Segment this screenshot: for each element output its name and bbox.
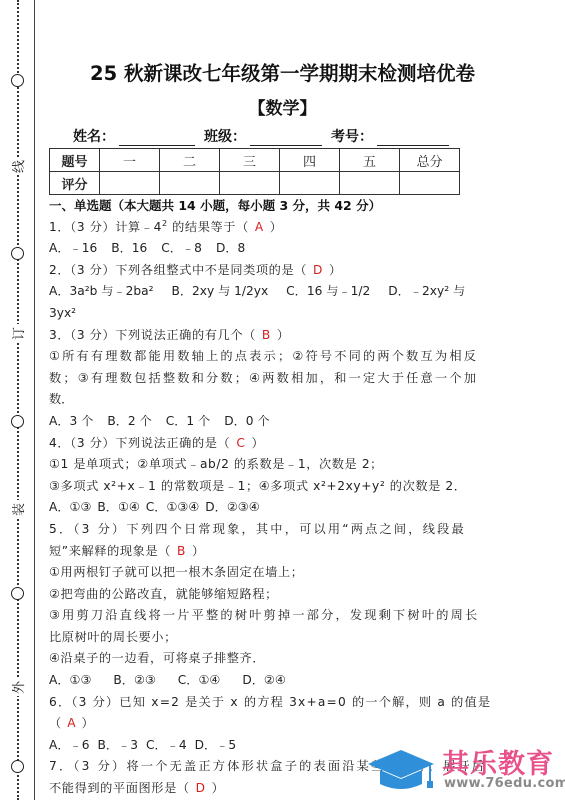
question-5-body-line: ③用剪刀沿直线将一片平整的树叶剪掉一部分，发现剩下树叶的周长 [49,605,517,627]
option-a: A．3 个 [49,411,93,433]
question-3-body-line: ①所有有理数都能用数轴上的点表示；②符号不同的两个数互为相反 [49,346,517,368]
option-d: D．0 个 [224,411,269,433]
question-2-options: A．3a²b 与﹣2ba²B．2xy 与 1/2yxC．16 与﹣1/2D．﹣2… [49,281,517,303]
option-b: B．16 [111,238,147,260]
option-a: A．﹣6 [49,735,89,757]
question-6-stem: 6．（3 分）已知 x=2 是关于 x 的方程 3x+a=0 的一个解，则 a … [49,692,517,714]
option-b: B．②③ [113,670,155,692]
class-label: 班级： [204,126,246,146]
question-4-stem: 4．（3 分）下列说法正确的是（C） [49,433,517,455]
column-header: 一 [100,149,160,172]
question-3-body-line: 数． [49,389,517,411]
option-c: C．16 与﹣1/2 [286,281,370,303]
class-field: 班级： [204,126,331,146]
column-header: 总分 [400,149,460,172]
score-cell[interactable] [340,172,400,195]
column-header: 二 [160,149,220,172]
score-cell[interactable] [400,172,460,195]
option-c: C．﹣8 [161,238,202,260]
answer-mark: B [262,328,271,342]
question-3-stem: 3．（3 分）下列说法正确的有几个（B） [49,325,517,347]
option-d: D．②③④ [205,497,259,519]
name-label: 姓名： [73,126,115,146]
option-a: A．﹣16 [49,238,97,260]
option-c: C．①③④ [146,497,199,519]
question-4-body-line: ①1 是单项式；②单项式﹣ab/2 的系数是﹣1，次数是 2； [49,454,517,476]
answer-mark: D [196,781,206,795]
option-d: D．②④ [242,670,285,692]
option-c: C．1 个 [166,411,211,433]
score-cell[interactable] [220,172,280,195]
column-header: 四 [280,149,340,172]
answer-mark: C [236,436,245,450]
option-a: A．①③ [49,670,91,692]
question-2-stem: 2．（3 分）下列各组整式中不是同类项的是（D） [49,260,517,282]
name-field: 姓名： [73,126,204,146]
answer-mark: B [177,544,186,558]
option-b: B．﹣3 [97,735,138,757]
score-table-header-row: 题号 一 二 三 四 五 总分 [50,149,460,172]
score-row-header: 评分 [50,172,100,195]
questions-content: 一、单选题（本大题共 14 小题，每小题 3 分，共 42 分） 1．（3 分）… [49,195,517,800]
exam-page: 25 秋新课改七年级第一学期期末检测培优卷 【数学】 姓名： 班级： 考号： 题… [0,0,565,800]
question-2-options-cont: 3yx² [49,303,517,325]
answer-mark: A [255,220,264,234]
question-5-body-line: 比原树叶的周长要小； [49,627,517,649]
brand-url: www.76edu.com [444,776,565,791]
option-d: D．8 [216,238,245,260]
question-4-body-line: ③多项式 x²+x﹣1 的常数项是﹣1；④多项式 x²+2xy+y² 的次数是 … [49,476,517,498]
option-b: B．2xy 与 1/2yx [171,281,268,303]
question-5-stem: 5．（3 分）下列四个日常现象，其中，可以用“两点之间，线段最 [49,519,517,541]
score-table-score-row: 评分 [50,172,460,195]
graduation-cap-icon [366,748,436,792]
score-cell[interactable] [280,172,340,195]
option-a: A．①③ [49,497,91,519]
option-c: C．﹣4 [146,735,187,757]
option-b: B．2 个 [107,411,151,433]
score-cell[interactable] [100,172,160,195]
question-5-body-line: ①用两根钉子就可以把一根木条固定在墙上； [49,562,517,584]
question-5-body-line: ②把弯曲的公路改直，就能够缩短路程； [49,584,517,606]
question-4-options: A．①③B．①④C．①③④D．②③④ [49,497,517,519]
option-d: D．﹣2xy² 与 [388,281,465,303]
exam-number-field: 考号： [331,126,449,146]
option-c: C．①④ [178,670,221,692]
column-header: 五 [340,149,400,172]
question-number-header: 题号 [50,149,100,172]
question-5-stem-cont: 短”来解释的现象是（B） [49,541,517,563]
section-title: 一、单选题（本大题共 14 小题，每小题 3 分，共 42 分） [49,195,517,217]
question-5-body-line: ④沿桌子的一边看，可将桌子排整齐． [49,648,517,670]
score-cell[interactable] [160,172,220,195]
option-b: B．①④ [97,497,139,519]
watermark-logo: 其乐教育 www.76edu.com [366,742,561,794]
option-a: A．3a²b 与﹣2ba² [49,281,153,303]
question-1-stem: 1．（3 分）计算﹣42 的结果等于（A） [49,217,517,239]
question-6-stem-cont: （A） [49,713,517,735]
question-5-options: A．①③B．②③C．①④D．②④ [49,670,517,692]
option-d: D．﹣5 [195,735,237,757]
question-3-body-line: 数；③有理数包括整数和分数；④两数相加，和一定大于任意一个加 [49,368,517,390]
student-info-row: 姓名： 班级： 考号： [73,126,493,146]
column-header: 三 [220,149,280,172]
question-1-options: A．﹣16B．16C．﹣8D．8 [49,238,517,260]
score-table: 题号 一 二 三 四 五 总分 评分 [49,148,460,195]
exam-title: 25 秋新课改七年级第一学期期末检测培优卷 [0,58,565,86]
answer-mark: D [313,263,323,277]
answer-mark: A [67,716,75,730]
exam-number-label: 考号： [331,126,373,146]
name-blank[interactable] [119,130,195,146]
question-3-options: A．3 个B．2 个C．1 个D．0 个 [49,411,517,433]
exam-number-blank[interactable] [377,130,449,146]
exam-subject: 【数学】 [0,94,565,119]
class-blank[interactable] [250,130,322,146]
